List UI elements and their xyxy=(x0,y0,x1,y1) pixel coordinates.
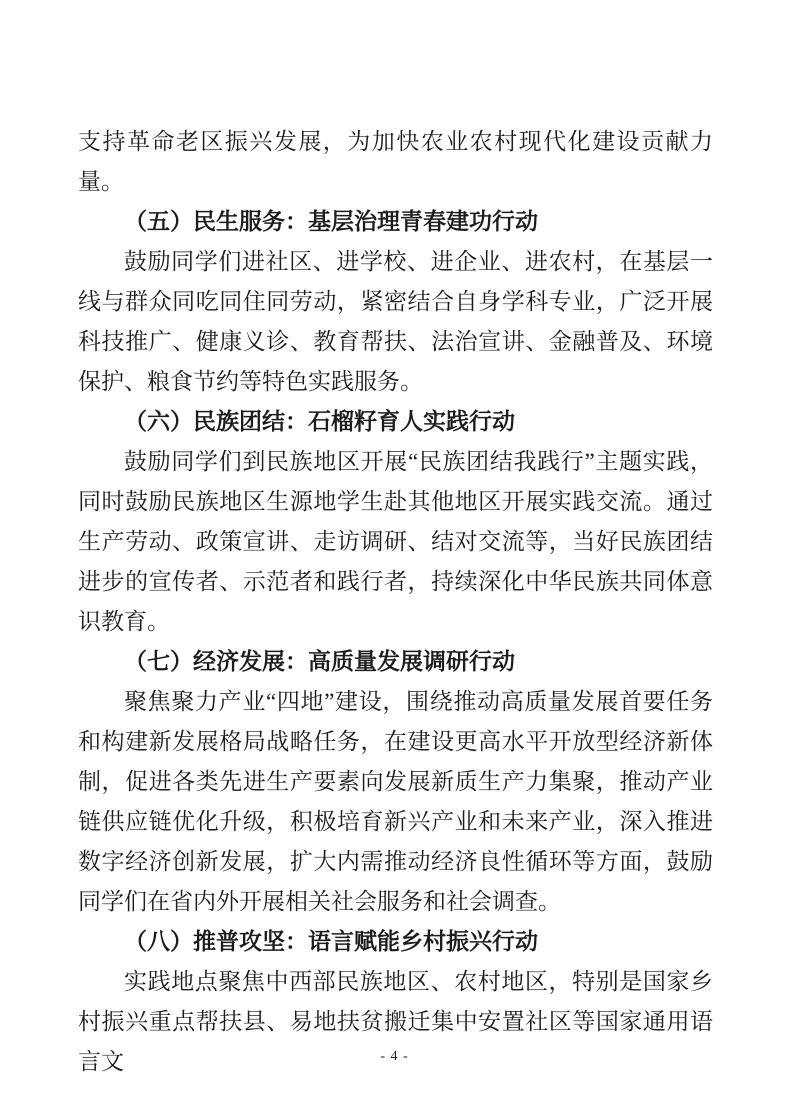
section-heading-7: （七）经济发展：高质量发展调研行动 xyxy=(78,642,713,682)
section-heading-6: （六）民族团结：石榴籽育人实践行动 xyxy=(78,402,713,442)
page-number: - 4 - xyxy=(0,1049,789,1065)
section-heading-5: （五）民生服务：基层治理青春建功行动 xyxy=(78,202,713,242)
section-heading-8: （八）推普攻坚：语言赋能乡村振兴行动 xyxy=(78,922,713,962)
section-paragraph-7: 聚焦聚力产业“四地”建设，围绕推动高质量发展首要任务和构建新发展格局战略任务，在… xyxy=(78,682,713,922)
document-body: 支持革命老区振兴发展，为加快农业农村现代化建设贡献力量。 （五）民生服务：基层治… xyxy=(78,122,713,1082)
section-paragraph-5: 鼓励同学们进社区、进学校、进企业、进农村，在基层一线与群众同吃同住同劳动，紧密结… xyxy=(78,242,713,402)
document-page: 支持革命老区振兴发展，为加快农业农村现代化建设贡献力量。 （五）民生服务：基层治… xyxy=(0,0,789,1118)
paragraph-continuation: 支持革命老区振兴发展，为加快农业农村现代化建设贡献力量。 xyxy=(78,122,713,202)
section-paragraph-6: 鼓励同学们到民族地区开展“民族团结我践行”主题实践，同时鼓励民族地区生源地学生赴… xyxy=(78,442,713,642)
